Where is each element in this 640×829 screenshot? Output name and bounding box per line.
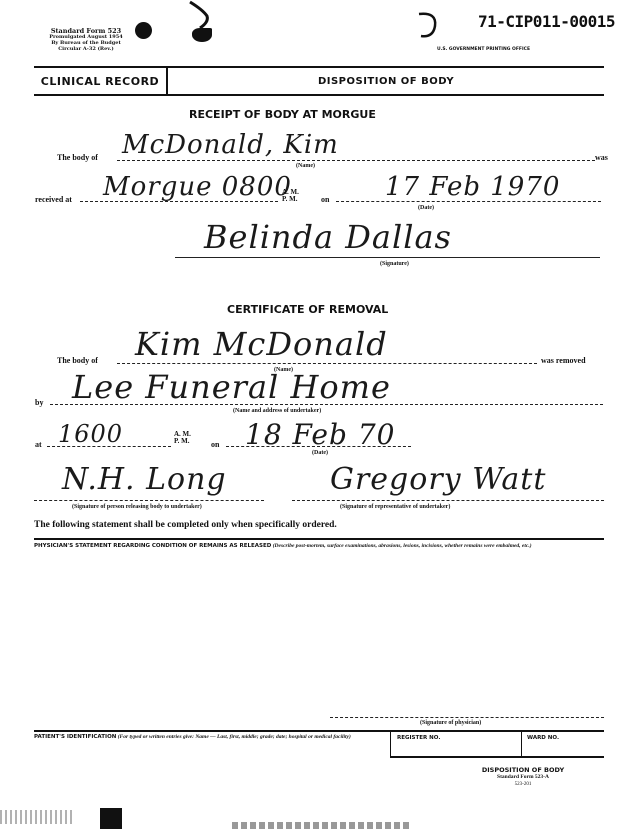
physician-signature-caption: (Signature of physician) [420, 720, 481, 726]
was-removed-label: was removed [541, 356, 586, 365]
receipt-name-field[interactable]: McDonald, Kim [122, 130, 339, 160]
patient-identification-block[interactable]: PATIENT'S IDENTIFICATION (For typed or w… [34, 734, 382, 758]
undertaker-signature-line [292, 500, 604, 501]
physician-instructions: (Describe post-mortem, surface examinati… [273, 543, 532, 549]
receipt-name-caption: (Name) [296, 163, 315, 169]
disposition-of-body-title: DISPOSITION OF BODY [168, 68, 604, 94]
footer-form-info: DISPOSITION OF BODY Standard Form 523-A … [478, 767, 568, 788]
scan-artifact-left [0, 810, 75, 824]
register-no-label: REGISTER NO. [391, 732, 521, 741]
title-bar: CLINICAL RECORD DISPOSITION OF BODY [34, 66, 604, 96]
removal-name-line [117, 363, 537, 364]
receipt-section-title: RECEIPT OF BODY AT MORGUE [189, 108, 376, 121]
receipt-signature-caption: (Signature) [380, 261, 409, 267]
receipt-on-label: on [321, 195, 329, 204]
at-label: at [35, 440, 42, 449]
form-circular: Circular A-32 (Rev.) [38, 46, 134, 52]
removal-time-field[interactable]: 1600 [58, 420, 123, 448]
form-header-block: Standard Form 523 Promulgated August 195… [38, 28, 134, 52]
footer-form-number: Standard Form 523-A [478, 774, 568, 781]
releasing-signature-caption: (Signature of person releasing body to u… [72, 504, 202, 510]
ink-loop-icon [415, 8, 445, 44]
removal-body-of-label: The body of [57, 356, 98, 365]
received-at-label: received at [35, 195, 72, 204]
receipt-date-field[interactable]: 17 Feb 1970 [385, 172, 560, 202]
receipt-date-caption: (Date) [418, 205, 434, 211]
ink-stroke-icon [185, 0, 225, 30]
scan-artifact-block [100, 808, 122, 829]
removal-name-field[interactable]: Kim McDonald [135, 325, 388, 363]
patient-identification-instructions: (For typed or written entries give: Name… [118, 734, 351, 740]
releasing-signature-line [34, 500, 264, 501]
receipt-signature-line [175, 257, 600, 258]
by-label: by [35, 398, 43, 407]
register-no-box[interactable]: REGISTER NO. [390, 732, 522, 758]
clinical-record-title: CLINICAL RECORD [34, 68, 168, 94]
footer-code: 523-201 [478, 781, 568, 788]
ink-mark-icon [192, 28, 212, 42]
physician-signature-line [330, 717, 604, 718]
statement-note: The following statement shall be complet… [34, 520, 337, 530]
undertaker-caption: (Name and address of undertaker) [233, 408, 321, 414]
removal-on-label: on [211, 440, 219, 449]
ward-no-label: WARD NO. [521, 732, 604, 741]
removal-date-field[interactable]: 18 Feb 70 [245, 418, 395, 451]
undertaker-signature-caption: (Signature of representative of undertak… [340, 504, 450, 510]
removal-am-pm: A. M. P. M. [174, 431, 191, 445]
removal-date-caption: (Date) [312, 450, 328, 456]
physician-top-rule [34, 538, 604, 540]
patient-identification-label: PATIENT'S IDENTIFICATION [34, 734, 116, 740]
document-id-stamp: 71-CIP011-00015 [478, 12, 615, 31]
receipt-signature-field[interactable]: Belinda Dallas [204, 218, 452, 256]
removal-section-title: CERTIFICATE OF REMOVAL [227, 303, 388, 316]
ward-no-box[interactable]: WARD NO. [521, 732, 604, 758]
receipt-body-of-label: The body of [57, 153, 98, 162]
undertaker-signature-field[interactable]: Gregory Watt [330, 462, 546, 497]
receipt-was-label: was [595, 153, 608, 162]
footer-form-title: DISPOSITION OF BODY [478, 767, 568, 774]
physician-heading-row: PHYSICIAN'S STATEMENT REGARDING CONDITIO… [34, 543, 609, 550]
receipt-pm-label: P. M. [282, 196, 299, 203]
removal-pm-label: P. M. [174, 438, 191, 445]
seal-icon [135, 22, 152, 39]
received-at-field[interactable]: Morgue 0800 [103, 172, 292, 202]
scan-artifact-bottom-text [232, 822, 412, 829]
printing-office: U.S. GOVERNMENT PRINTING OFFICE [437, 47, 530, 52]
physician-heading: PHYSICIAN'S STATEMENT REGARDING CONDITIO… [34, 543, 271, 549]
undertaker-field[interactable]: Lee Funeral Home [72, 368, 391, 406]
physician-statement-area[interactable] [34, 560, 604, 710]
receipt-am-pm: A. M. P. M. [282, 189, 299, 203]
receipt-name-line [117, 160, 595, 161]
releasing-signature-field[interactable]: N.H. Long [62, 462, 227, 497]
